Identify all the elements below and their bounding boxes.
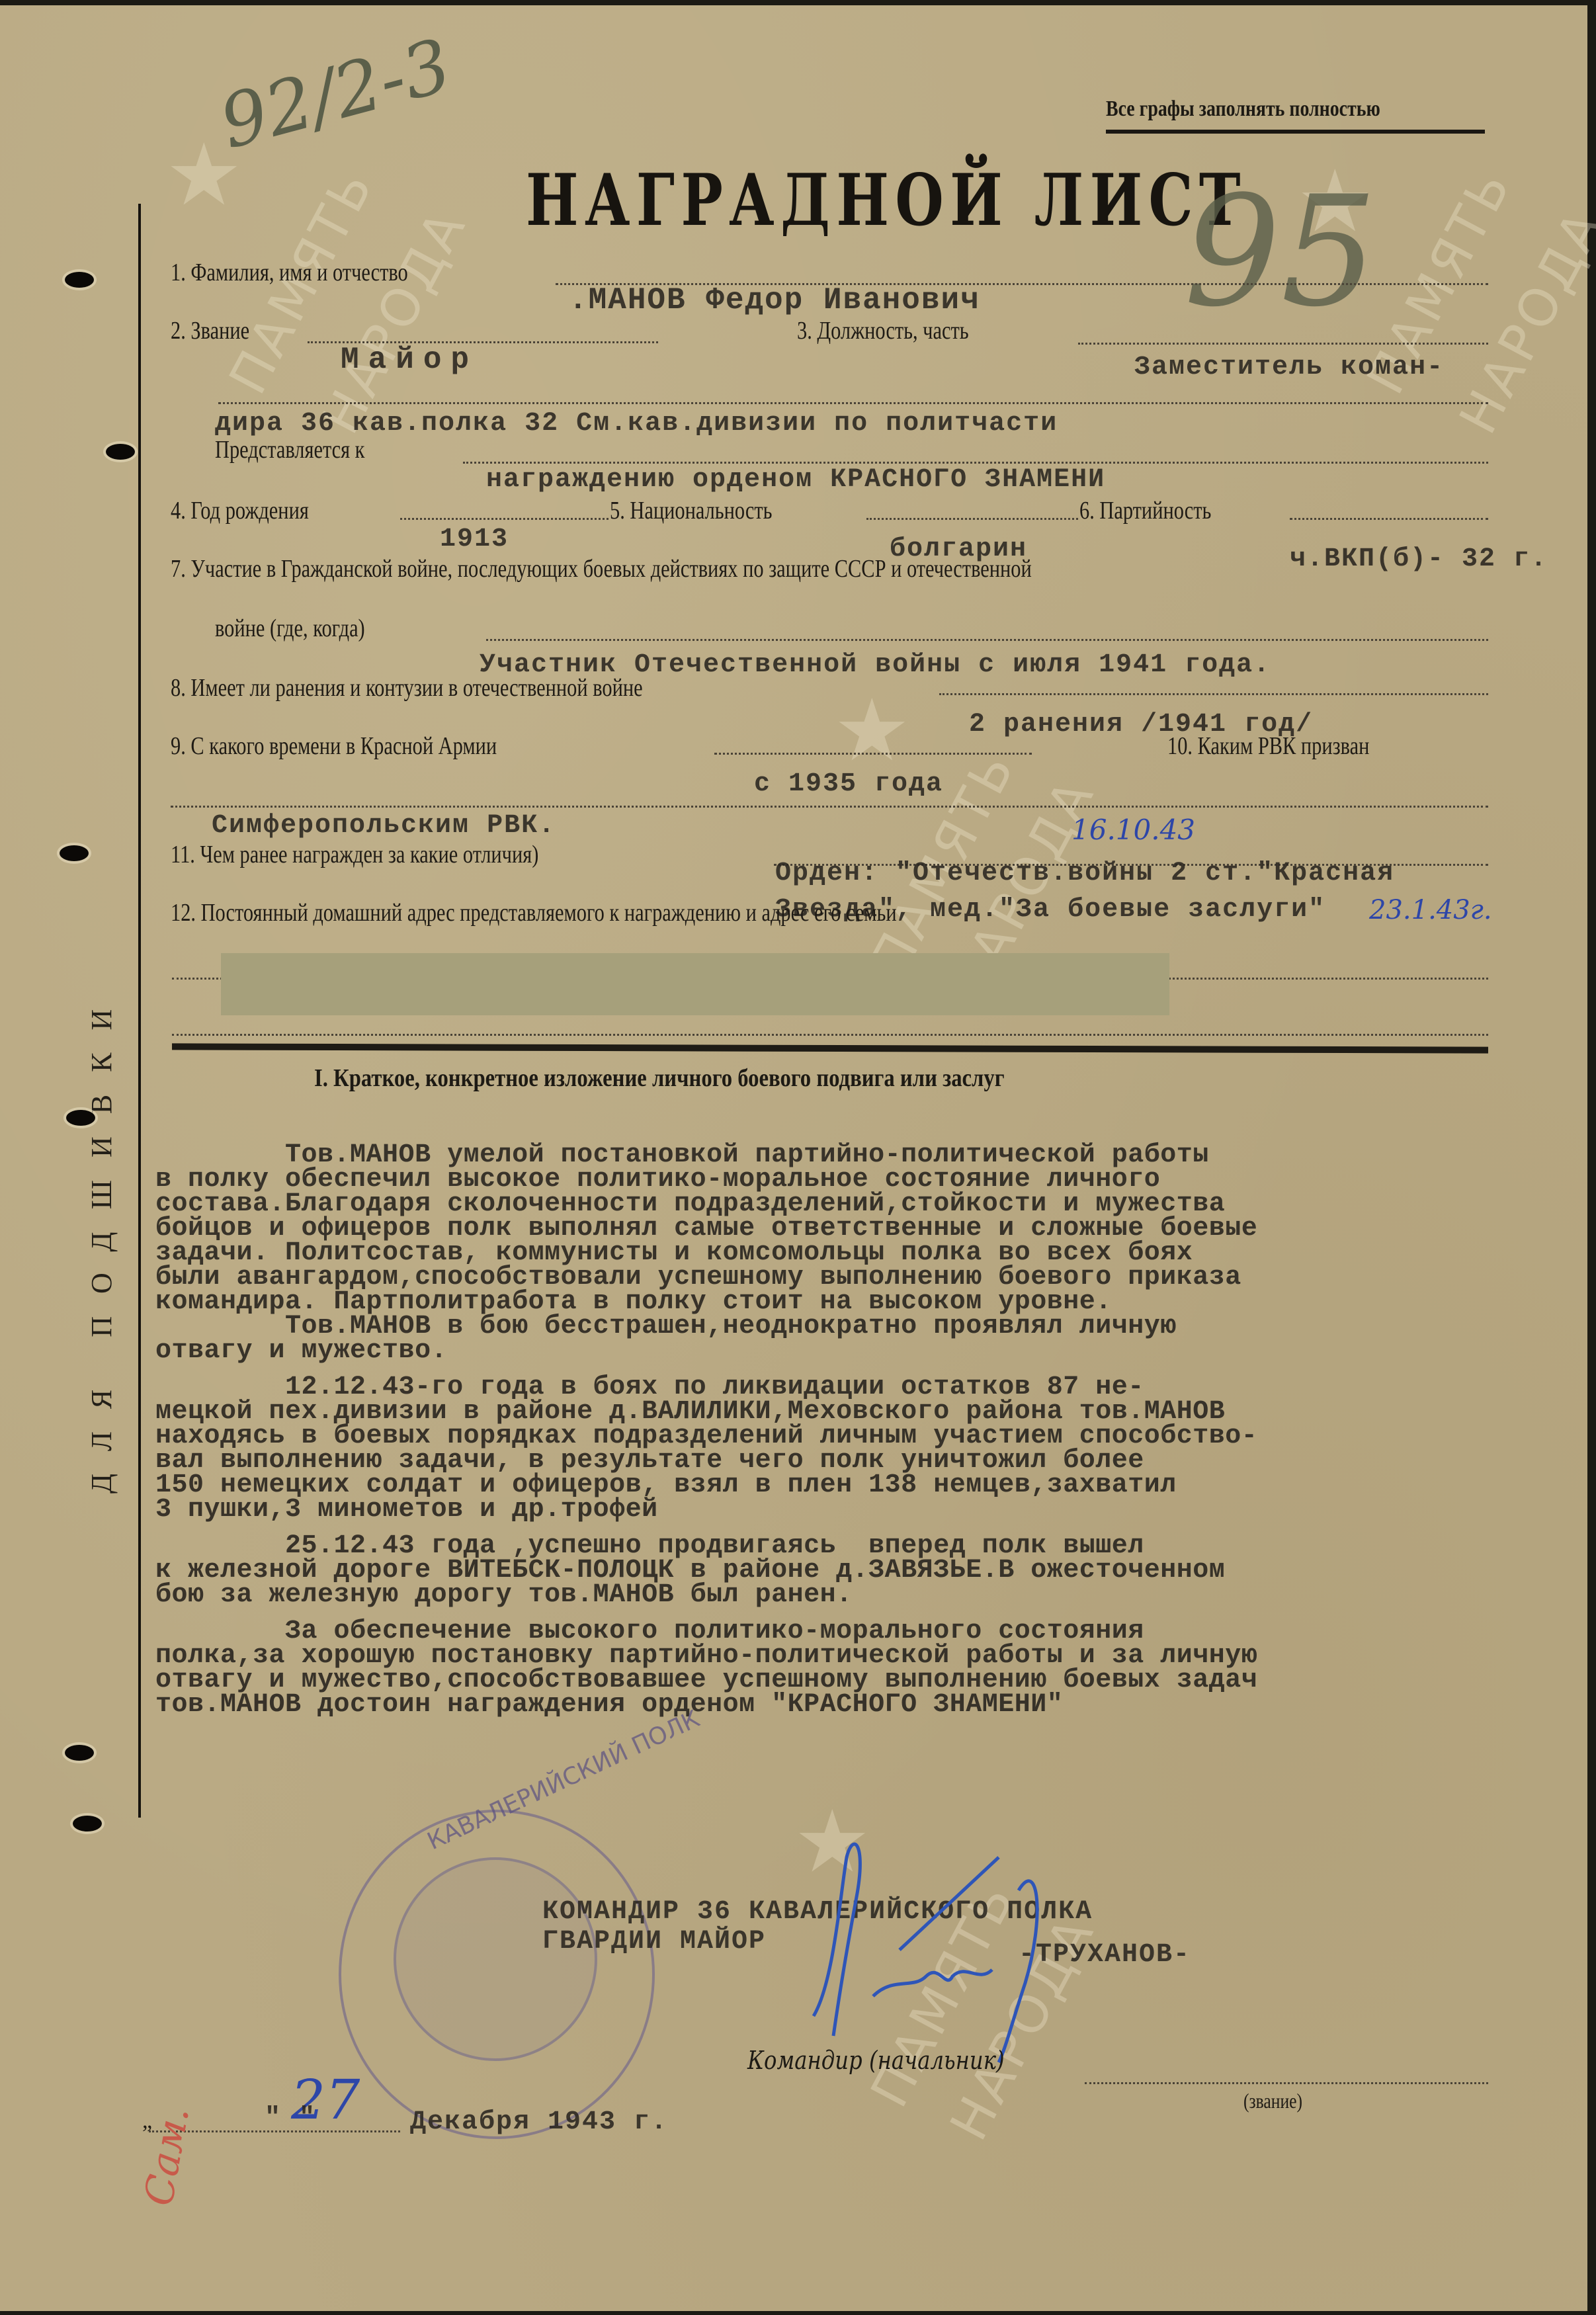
rank-label: (звание) <box>1243 2089 1302 2113</box>
archive-number-handwritten: 92/2-3 <box>211 22 459 165</box>
body-line: Тов.МАНОВ в бою бесстрашен,неоднократно … <box>155 1314 1257 1339</box>
field-7-label-line1: 7. Участие в Гражданской войне, последую… <box>171 554 1032 583</box>
commander-label: Командир (начальник) <box>747 2046 1005 2075</box>
body-line: бойцов и офицеров полк выполнял самые от… <box>155 1216 1257 1241</box>
punch-hole <box>106 444 135 460</box>
body-line: отвагу и мужество. <box>155 1339 1257 1363</box>
field-12-label: 12. Постоянный домашний адрес представля… <box>171 898 897 927</box>
header-note-underline <box>1106 130 1485 134</box>
field-10-line <box>171 806 1488 808</box>
field-9-value: с 1935 года <box>754 769 943 799</box>
field-11-value-line1: Орден: "Отечеств.войны 2 ст."Красная <box>775 859 1394 888</box>
field-5-label: 5. Национальность <box>610 496 773 525</box>
field-4-line <box>400 518 609 520</box>
field-9-label: 9. С какого времени в Красной Армии <box>171 732 497 761</box>
commander-line <box>1085 2082 1488 2084</box>
section-divider <box>172 1043 1488 1053</box>
field-3-value-line1: Заместитель коман- <box>1134 353 1444 382</box>
body-line: задачи. Политсостав, коммунисты и комсом… <box>155 1241 1257 1265</box>
field-2-label: 2. Звание <box>171 316 249 345</box>
field-10-value: Симферопольским РВК. <box>212 811 556 841</box>
binding-label: ДЛЯ ПОДШИВКИ <box>85 987 118 1494</box>
body-line: бою за железную дорогу тов.МАНОВ был ран… <box>155 1583 1257 1607</box>
body-line: командира. Партполитработа в полку стоит… <box>155 1290 1257 1314</box>
presented-value: награждению орденом КРАСНОГО ЗНАМЕНИ <box>486 465 1105 495</box>
field-10-label: 10. Каким РВК призван <box>1167 732 1369 761</box>
body-line: были авангардом,способствовали успешному… <box>155 1265 1257 1290</box>
award-sheet: ★ ПАМЯТЬ НАРОДА ★ ПАМЯТЬ НАРОДА ★ ПАМЯТЬ… <box>0 5 1587 2311</box>
body-line: Тов.МАНОВ умелой постановкой партийно-по… <box>155 1143 1257 1167</box>
body-line: 12.12.43-го года в боях по ликвидации ос… <box>155 1375 1257 1400</box>
regiment-stamp-emblem <box>394 1857 597 2061</box>
body-line: 3 пушки,3 минометов и др.трофей <box>155 1497 1257 1522</box>
punch-hole <box>60 845 89 861</box>
field-3-value-line2: дира 36 кав.полка 32 См.кав.дивизии по п… <box>215 409 1058 439</box>
award-date-handwritten-1: 16.10.43 <box>1071 814 1195 846</box>
field-12-line-2 <box>172 1034 1488 1036</box>
redacted-address <box>221 953 1169 1015</box>
body-line: вал выполнению задачи, в результате чего… <box>155 1449 1257 1473</box>
award-date-handwritten-2: 23.1.43г. <box>1369 895 1492 925</box>
punch-hole <box>66 1110 95 1126</box>
body-line: 25.12.43 года ,успешно продвигаясь впере… <box>155 1534 1257 1558</box>
field-6-label: 6. Партийность <box>1079 496 1211 525</box>
body-line: 150 немецких солдат и офицеров, взял в п… <box>155 1473 1257 1497</box>
body-line: к железной дороге ВИТЕБСК-ПОЛОЦК в район… <box>155 1558 1257 1583</box>
punch-hole <box>65 272 94 288</box>
body-line: отвагу и мужество,способствовавшее успеш… <box>155 1668 1257 1693</box>
body-line: состава.Благодаря сколоченности подразде… <box>155 1192 1257 1216</box>
field-6-line <box>1290 518 1488 520</box>
field-3-line-2 <box>218 402 1488 404</box>
body-line: полка,за хорошую постановку партийно-пол… <box>155 1644 1257 1668</box>
date-month-year: Декабря 1943 г. <box>410 2107 668 2137</box>
body-line: тов.МАНОВ достоин награждения орденом "К… <box>155 1693 1257 1717</box>
watermark-star-icon: ★ <box>833 680 911 780</box>
field-9-line <box>714 753 1032 755</box>
handwritten-mark: 95 <box>1184 164 1378 341</box>
section-1-heading: I. Краткое, конкретное изложение личного… <box>314 1064 1005 1093</box>
punch-hole <box>73 1816 102 1831</box>
field-3-line <box>1078 343 1488 345</box>
date-quotes: " " <box>265 2103 316 2133</box>
field-1-value: .МАНОВ Федор Иванович <box>569 283 980 317</box>
field-4-value: 1913 <box>440 525 509 554</box>
section-1-body: Тов.МАНОВ умелой постановкой партийно-по… <box>155 1143 1257 1717</box>
body-line: мецкой пех.дивизии в районе д.ВАЛИЛИКИ,М… <box>155 1400 1257 1424</box>
field-1-label: 1. Фамилия, имя и отчество <box>171 258 408 287</box>
presented-label: Представляется к <box>215 435 364 464</box>
field-11-label: 11. Чем ранее награжден за какие отличия… <box>171 840 538 869</box>
presented-line <box>463 462 1488 464</box>
field-3-label: 3. Должность, часть <box>797 316 969 345</box>
field-4-label: 4. Год рождения <box>171 496 309 525</box>
field-8-line <box>939 693 1488 695</box>
field-8-label: 8. Имеет ли ранения и контузии в отечест… <box>171 673 643 702</box>
header-note: Все графы заполнять полностью <box>1106 97 1380 122</box>
body-line: в полку обеспечил высокое политико-морал… <box>155 1167 1257 1192</box>
field-5-line <box>866 518 1078 520</box>
field-7-line <box>486 639 1488 641</box>
field-6-value: ч.ВКП(б)- 32 г. <box>1290 544 1548 574</box>
body-line: За обеспечение высокого политико-моральн… <box>155 1619 1257 1644</box>
field-7-label-line2: войне (где, когда) <box>215 614 365 643</box>
signature-line-2: ГВАРДИИ МАЙОР <box>542 1927 766 1957</box>
body-line: находясь в боевых порядках подразделений… <box>155 1424 1257 1449</box>
signature-icon <box>780 1818 1098 2069</box>
punch-hole <box>65 1745 94 1761</box>
binding-margin-line <box>138 204 141 1818</box>
field-2-value: Майор <box>341 343 478 377</box>
page-title: НАГРАДНОЙ ЛИСТ <box>526 159 1247 242</box>
